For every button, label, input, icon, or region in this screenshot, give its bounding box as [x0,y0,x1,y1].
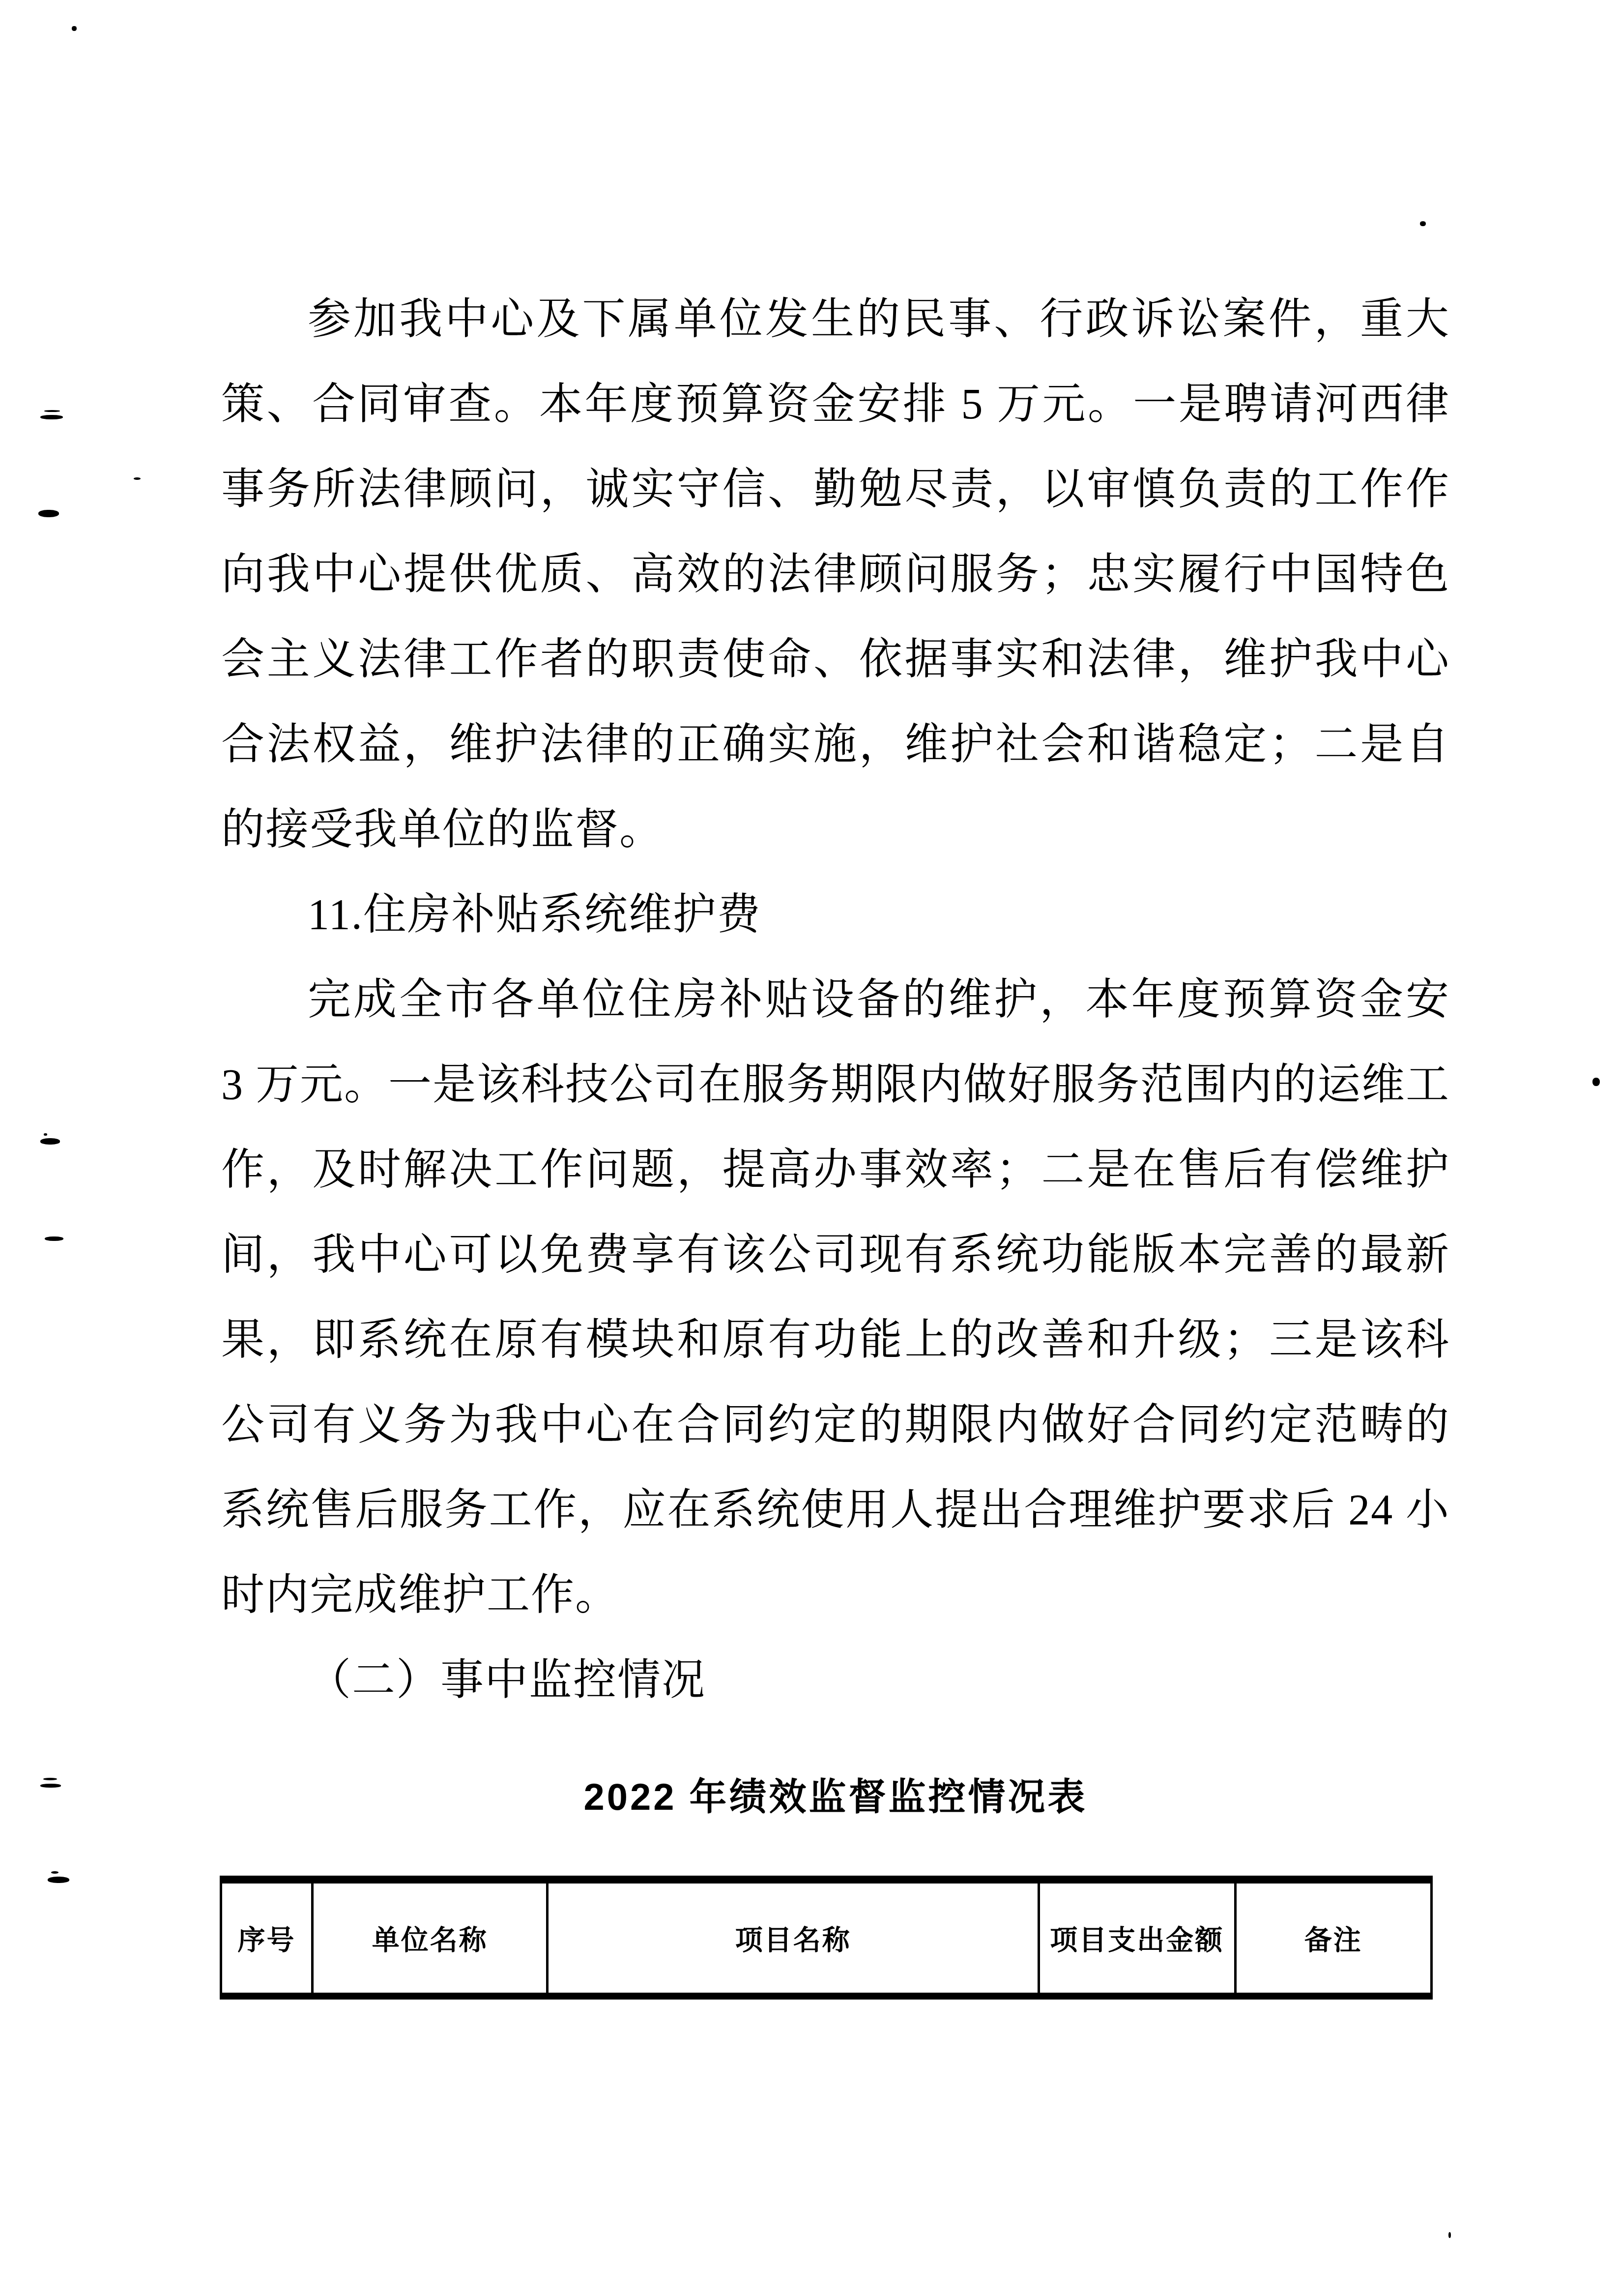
table-title: 2022 年绩效监督监控情况表 [221,1768,1450,1827]
scan-speck [48,1877,69,1883]
scan-speck [40,415,63,419]
body-text-line: 果，即系统在原有模块和原有功能上的改善和升级；三是该科技 [221,1297,1450,1383]
subsection-heading-11: 11.住房补贴系统维护费 [221,872,1450,957]
body-text-line: 作，及时解决工作问题，提高办事效率；二是在售后有偿维护期 [221,1127,1450,1212]
scan-speck [1420,221,1426,226]
table-header-index: 序号 [222,1884,311,1993]
scan-speck [38,510,59,517]
scanned-document-page: 参加我中心及下属单位发生的民事、行政诉讼案件，重大政 策、合同审查。本年度预算资… [0,0,1619,2296]
table-header-remarks: 备注 [1234,1884,1430,1993]
scan-speck [45,1236,63,1241]
body-text-line: 事务所法律顾问，诚实守信、勤勉尽责，以审慎负责的工作作风， [221,447,1450,532]
scan-speck [44,1133,47,1136]
body-text-line: 公司有义务为我中心在合同约定的期限内做好合同约定范畴的 [221,1383,1450,1468]
monitoring-table: 序号 单位名称 项目名称 项目支出金额 备注 [220,1876,1433,2000]
scan-speck [134,477,141,480]
document-body-text: 参加我中心及下属单位发生的民事、行政诉讼案件，重大政 策、合同审查。本年度预算资… [221,277,1450,1723]
scan-speck [40,1138,60,1145]
body-text-line: 间，我中心可以免费享有该公司现有系统功能版本完善的最新成 [221,1212,1450,1297]
body-text-line: 会主义法律工作者的职责使命、依据事实和法律，维护我中心的 [221,617,1450,702]
scan-speck [43,1778,57,1780]
scan-speck [1448,2232,1451,2238]
body-text-line: 合法权益，维护法律的正确实施，维护社会和谐稳定；二是自觉 [221,702,1450,787]
table-header-expenditure: 项目支出金额 [1038,1884,1234,1993]
body-text-line: 向我中心提供优质、高效的法律顾问服务；忠实履行中国特色社 [221,532,1450,617]
body-text-line: 3 万元。一是该科技公司在服务期限内做好服务范围内的运维工 [221,1042,1450,1127]
scan-speck [40,1784,61,1788]
scan-speck [51,1871,58,1874]
table-header-unit-name: 单位名称 [311,1884,546,1993]
body-text-line: 系统售后服务工作，应在系统使用人提出合理维护要求后 24 小 [221,1468,1450,1553]
scan-speck [72,26,77,31]
body-text-line: 时内完成维护工作。 [221,1553,1450,1638]
table-header-project-name: 项目名称 [546,1884,1038,1993]
body-text-line: 的接受我单位的监督。 [221,787,1450,872]
body-text-line: 完成全市各单位住房补贴设备的维护，本年度预算资金安排 [221,957,1450,1042]
body-text-line: 策、合同审查。本年度预算资金安排 5 万元。一是聘请河西律师 [221,362,1450,447]
scan-speck [44,410,60,412]
scan-speck [1592,1078,1600,1086]
section-heading-2: （二）事中监控情况 [221,1638,1450,1723]
body-text-line: 参加我中心及下属单位发生的民事、行政诉讼案件，重大政 [221,277,1450,362]
